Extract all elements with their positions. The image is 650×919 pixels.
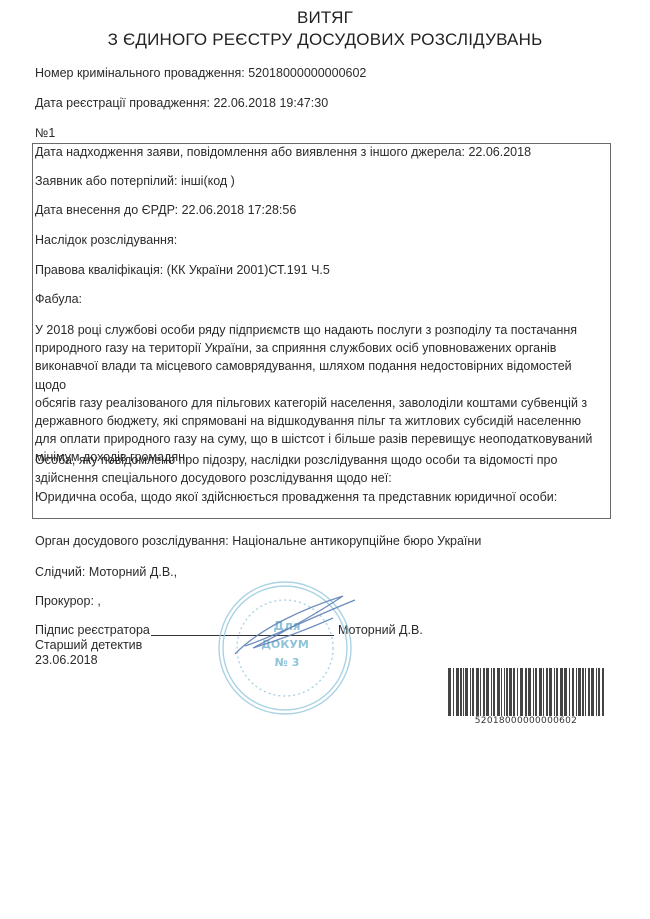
plot-line: для оплати природного газу на суму, що в… [35, 430, 595, 448]
official-stamp-icon: Для ДОКУМ № 3 [215, 578, 355, 718]
investigation-consequence: Наслідок розслідування: [35, 233, 177, 247]
suspect-info: Особа, яку повідомлено про підозру, насл… [35, 451, 595, 487]
signature-label: Підпис реєстратора [35, 623, 150, 637]
sign-date: 23.06.2018 [35, 653, 98, 667]
case-number: Номер кримінального провадження: 5201800… [35, 66, 366, 80]
applicant: Заявник або потерпілий: інші(код ) [35, 174, 235, 188]
stamp-text-3: № 3 [275, 656, 300, 669]
stamp-text-1: Для [273, 619, 300, 633]
barcode-number: 52018000000000602 [448, 716, 604, 726]
legal-qualification: Правова кваліфікація: (КК України 2001)С… [35, 263, 330, 277]
entry-box: Дата надходження заяви, повідомлення або… [32, 143, 611, 519]
entry-index: №1 [35, 126, 55, 140]
investigator: Слідчий: Моторний Д.В., [35, 565, 177, 579]
erdr-date: Дата внесення до ЄРДР: 22.06.2018 17:28:… [35, 203, 296, 217]
plot-line: обсягів газу реалізованого для пільгових… [35, 394, 595, 412]
plot-line: У 2018 році службові особи ряду підприєм… [35, 321, 595, 339]
document-title: ВИТЯГ [0, 8, 650, 28]
plot-line: виконавчої влади та місцевого самоврядув… [35, 357, 595, 393]
plot-text: У 2018 році службові особи ряду підприєм… [35, 321, 595, 467]
document-subtitle: З ЄДИНОГО РЕЄСТРУ ДОСУДОВИХ РОЗСЛІДУВАНЬ [0, 30, 650, 50]
prosecutor: Прокурор: , [35, 594, 101, 608]
barcode-icon [448, 668, 604, 716]
investigation-authority: Орган досудового розслідування: Націонал… [35, 534, 481, 548]
plot-label: Фабула: [35, 292, 82, 306]
signer-position: Старший детектив [35, 638, 142, 652]
plot-line: державного бюджету, які спрямовані на ві… [35, 412, 595, 430]
plot-line: природного газу на території України, за… [35, 339, 595, 357]
legal-entity: Юридична особа, щодо якої здійснюється п… [35, 490, 557, 504]
received-date: Дата надходження заяви, повідомлення або… [35, 145, 531, 159]
registration-date: Дата реєстрації провадження: 22.06.2018 … [35, 96, 328, 110]
suspect-line: здійснення спеціального досудового розсл… [35, 469, 595, 487]
suspect-line: Особа, яку повідомлено про підозру, насл… [35, 451, 595, 469]
